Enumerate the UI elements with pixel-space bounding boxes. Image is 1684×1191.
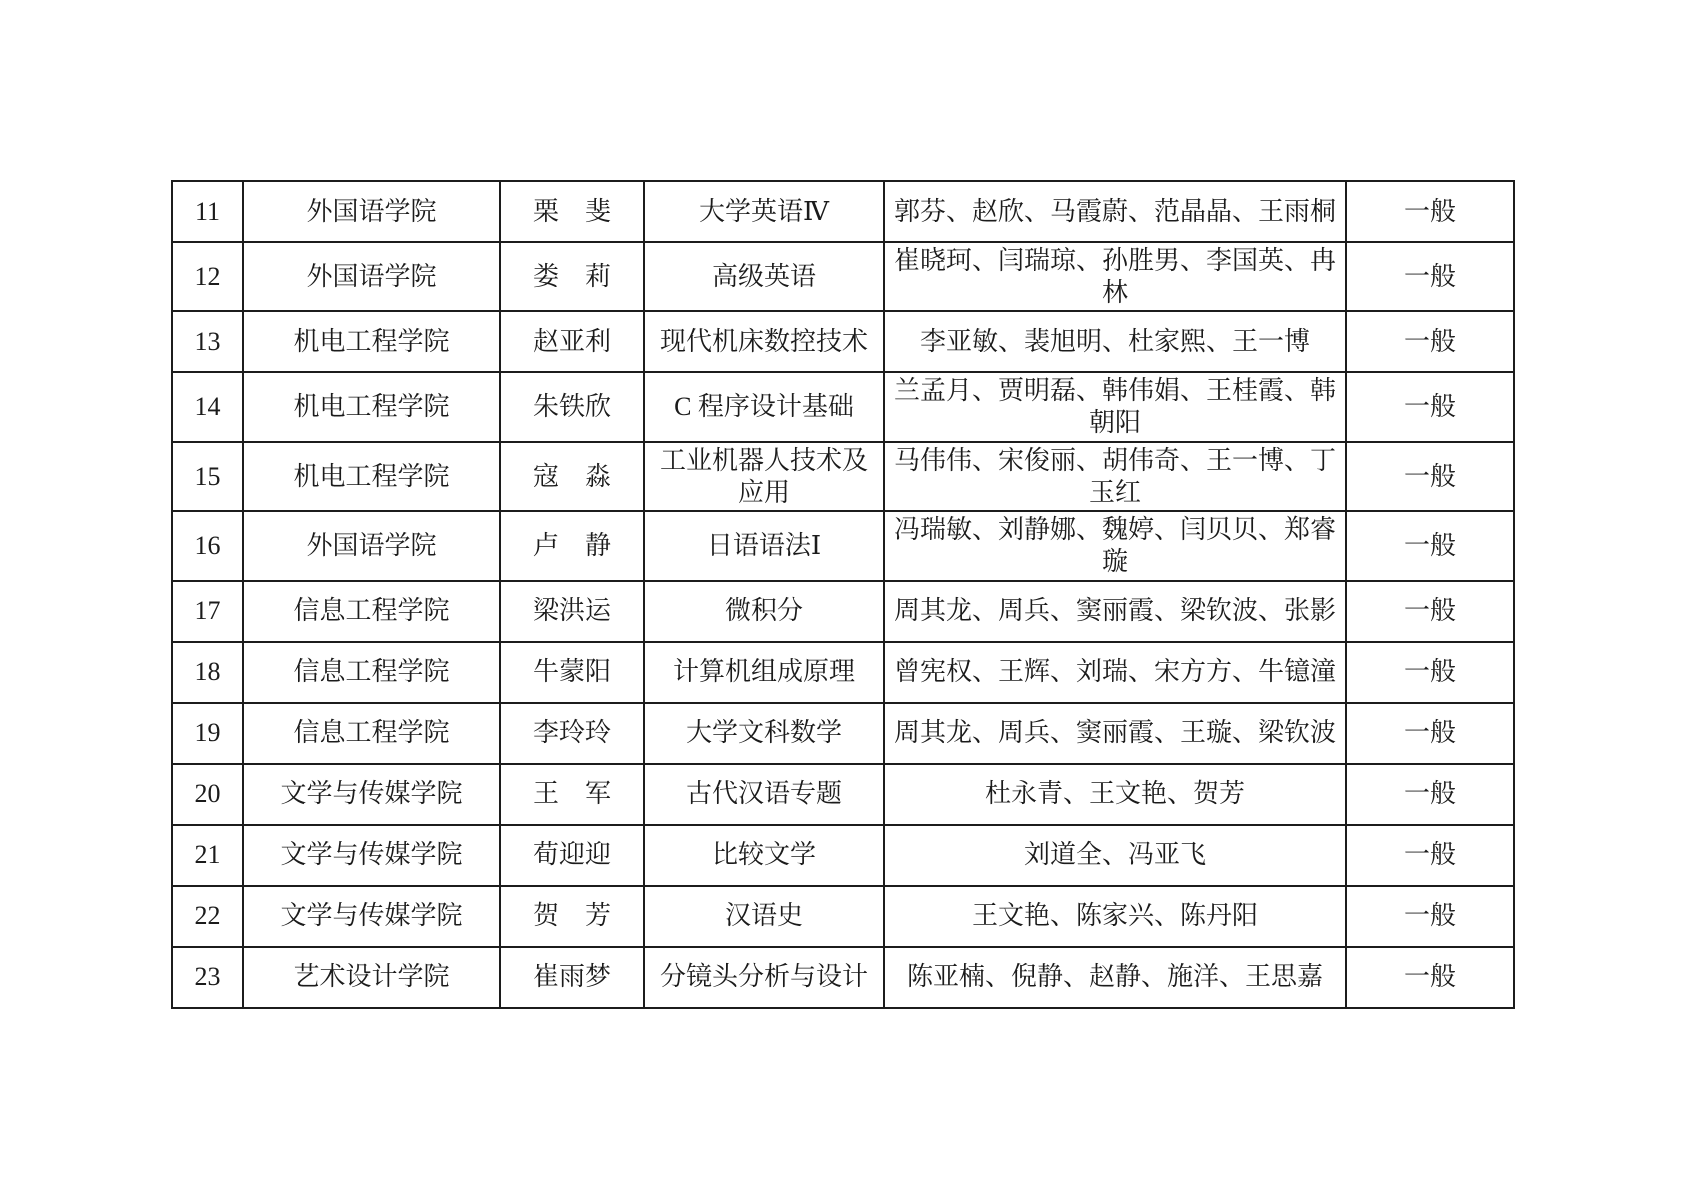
row-number-cell: 14 bbox=[172, 372, 243, 441]
student-names-cell: 周其龙、周兵、窦丽霞、王璇、梁钦波 bbox=[884, 703, 1346, 764]
college-cell: 信息工程学院 bbox=[243, 642, 500, 703]
teacher-name-cell: 卢 静 bbox=[500, 511, 644, 580]
table-row: 18 信息工程学院 牛蒙阳 计算机组成原理 曾宪权、王辉、刘瑞、宋方方、牛镱潼 … bbox=[172, 642, 1514, 703]
course-name-cell: 工业机器人技术及应用 bbox=[644, 442, 884, 511]
college-cell: 文学与传媒学院 bbox=[243, 764, 500, 825]
college-cell: 机电工程学院 bbox=[243, 372, 500, 441]
course-name-cell: 计算机组成原理 bbox=[644, 642, 884, 703]
grade-cell: 一般 bbox=[1346, 825, 1514, 886]
college-cell: 文学与传媒学院 bbox=[243, 886, 500, 947]
student-names-cell: 崔晓珂、闫瑞琼、孙胜男、李国英、冉林 bbox=[884, 242, 1346, 311]
college-cell: 外国语学院 bbox=[243, 511, 500, 580]
student-names-cell: 马伟伟、宋俊丽、胡伟奇、王一博、丁玉红 bbox=[884, 442, 1346, 511]
row-number-cell: 19 bbox=[172, 703, 243, 764]
row-number-cell: 12 bbox=[172, 242, 243, 311]
student-names-cell: 周其龙、周兵、窦丽霞、梁钦波、张影 bbox=[884, 581, 1346, 642]
college-cell: 艺术设计学院 bbox=[243, 947, 500, 1008]
table-row: 14 机电工程学院 朱铁欣 C 程序设计基础 兰孟月、贾明磊、韩伟娟、王桂霞、韩… bbox=[172, 372, 1514, 441]
table-row: 16 外国语学院 卢 静 日语语法Ⅰ 冯瑞敏、刘静娜、魏婷、闫贝贝、郑睿璇 一般 bbox=[172, 511, 1514, 580]
teacher-name-cell: 栗 斐 bbox=[500, 181, 644, 242]
college-cell: 文学与传媒学院 bbox=[243, 825, 500, 886]
student-names-cell: 郭芬、赵欣、马霞蔚、范晶晶、王雨桐 bbox=[884, 181, 1346, 242]
course-name-cell: 比较文学 bbox=[644, 825, 884, 886]
grade-cell: 一般 bbox=[1346, 764, 1514, 825]
table-row: 22 文学与传媒学院 贺 芳 汉语史 王文艳、陈家兴、陈丹阳 一般 bbox=[172, 886, 1514, 947]
course-name-cell: 古代汉语专题 bbox=[644, 764, 884, 825]
row-number-cell: 23 bbox=[172, 947, 243, 1008]
grade-cell: 一般 bbox=[1346, 242, 1514, 311]
student-names-cell: 杜永青、王文艳、贺芳 bbox=[884, 764, 1346, 825]
student-names-cell: 王文艳、陈家兴、陈丹阳 bbox=[884, 886, 1346, 947]
teacher-name-cell: 梁洪运 bbox=[500, 581, 644, 642]
teacher-name-cell: 贺 芳 bbox=[500, 886, 644, 947]
table-row: 12 外国语学院 娄 莉 高级英语 崔晓珂、闫瑞琼、孙胜男、李国英、冉林 一般 bbox=[172, 242, 1514, 311]
college-cell: 机电工程学院 bbox=[243, 311, 500, 372]
table-row: 13 机电工程学院 赵亚利 现代机床数控技术 李亚敏、裴旭明、杜家熙、王一博 一… bbox=[172, 311, 1514, 372]
teacher-name-cell: 王 军 bbox=[500, 764, 644, 825]
teacher-name-cell: 荀迎迎 bbox=[500, 825, 644, 886]
teacher-name-cell: 朱铁欣 bbox=[500, 372, 644, 441]
course-name-cell: 高级英语 bbox=[644, 242, 884, 311]
evaluation-table: 11 外国语学院 栗 斐 大学英语Ⅳ 郭芬、赵欣、马霞蔚、范晶晶、王雨桐 一般 … bbox=[171, 180, 1515, 1009]
course-name-cell: 微积分 bbox=[644, 581, 884, 642]
teacher-name-cell: 牛蒙阳 bbox=[500, 642, 644, 703]
table-row: 19 信息工程学院 李玲玲 大学文科数学 周其龙、周兵、窦丽霞、王璇、梁钦波 一… bbox=[172, 703, 1514, 764]
student-names-cell: 冯瑞敏、刘静娜、魏婷、闫贝贝、郑睿璇 bbox=[884, 511, 1346, 580]
course-name-cell: 现代机床数控技术 bbox=[644, 311, 884, 372]
row-number-cell: 17 bbox=[172, 581, 243, 642]
grade-cell: 一般 bbox=[1346, 947, 1514, 1008]
course-name-cell: C 程序设计基础 bbox=[644, 372, 884, 441]
evaluation-table-body: 11 外国语学院 栗 斐 大学英语Ⅳ 郭芬、赵欣、马霞蔚、范晶晶、王雨桐 一般 … bbox=[172, 181, 1514, 1008]
course-name-cell: 大学英语Ⅳ bbox=[644, 181, 884, 242]
grade-cell: 一般 bbox=[1346, 581, 1514, 642]
teacher-name-cell: 赵亚利 bbox=[500, 311, 644, 372]
row-number-cell: 21 bbox=[172, 825, 243, 886]
document-page: 11 外国语学院 栗 斐 大学英语Ⅳ 郭芬、赵欣、马霞蔚、范晶晶、王雨桐 一般 … bbox=[0, 0, 1684, 1191]
row-number-cell: 20 bbox=[172, 764, 243, 825]
grade-cell: 一般 bbox=[1346, 703, 1514, 764]
table-row: 23 艺术设计学院 崔雨梦 分镜头分析与设计 陈亚楠、倪静、赵静、施洋、王思嘉 … bbox=[172, 947, 1514, 1008]
table-row: 21 文学与传媒学院 荀迎迎 比较文学 刘道全、冯亚飞 一般 bbox=[172, 825, 1514, 886]
row-number-cell: 16 bbox=[172, 511, 243, 580]
teacher-name-cell: 李玲玲 bbox=[500, 703, 644, 764]
teacher-name-cell: 崔雨梦 bbox=[500, 947, 644, 1008]
student-names-cell: 兰孟月、贾明磊、韩伟娟、王桂霞、韩朝阳 bbox=[884, 372, 1346, 441]
grade-cell: 一般 bbox=[1346, 372, 1514, 441]
course-name-cell: 日语语法Ⅰ bbox=[644, 511, 884, 580]
course-name-cell: 大学文科数学 bbox=[644, 703, 884, 764]
table-row: 15 机电工程学院 寇 淼 工业机器人技术及应用 马伟伟、宋俊丽、胡伟奇、王一博… bbox=[172, 442, 1514, 511]
row-number-cell: 18 bbox=[172, 642, 243, 703]
grade-cell: 一般 bbox=[1346, 642, 1514, 703]
college-cell: 外国语学院 bbox=[243, 181, 500, 242]
row-number-cell: 15 bbox=[172, 442, 243, 511]
grade-cell: 一般 bbox=[1346, 886, 1514, 947]
college-cell: 信息工程学院 bbox=[243, 703, 500, 764]
college-cell: 机电工程学院 bbox=[243, 442, 500, 511]
table-row: 17 信息工程学院 梁洪运 微积分 周其龙、周兵、窦丽霞、梁钦波、张影 一般 bbox=[172, 581, 1514, 642]
student-names-cell: 刘道全、冯亚飞 bbox=[884, 825, 1346, 886]
table-row: 11 外国语学院 栗 斐 大学英语Ⅳ 郭芬、赵欣、马霞蔚、范晶晶、王雨桐 一般 bbox=[172, 181, 1514, 242]
course-name-cell: 分镜头分析与设计 bbox=[644, 947, 884, 1008]
row-number-cell: 22 bbox=[172, 886, 243, 947]
student-names-cell: 李亚敏、裴旭明、杜家熙、王一博 bbox=[884, 311, 1346, 372]
teacher-name-cell: 娄 莉 bbox=[500, 242, 644, 311]
table-row: 20 文学与传媒学院 王 军 古代汉语专题 杜永青、王文艳、贺芳 一般 bbox=[172, 764, 1514, 825]
student-names-cell: 曾宪权、王辉、刘瑞、宋方方、牛镱潼 bbox=[884, 642, 1346, 703]
row-number-cell: 11 bbox=[172, 181, 243, 242]
grade-cell: 一般 bbox=[1346, 181, 1514, 242]
grade-cell: 一般 bbox=[1346, 442, 1514, 511]
grade-cell: 一般 bbox=[1346, 311, 1514, 372]
teacher-name-cell: 寇 淼 bbox=[500, 442, 644, 511]
grade-cell: 一般 bbox=[1346, 511, 1514, 580]
course-name-cell: 汉语史 bbox=[644, 886, 884, 947]
college-cell: 外国语学院 bbox=[243, 242, 500, 311]
college-cell: 信息工程学院 bbox=[243, 581, 500, 642]
row-number-cell: 13 bbox=[172, 311, 243, 372]
student-names-cell: 陈亚楠、倪静、赵静、施洋、王思嘉 bbox=[884, 947, 1346, 1008]
